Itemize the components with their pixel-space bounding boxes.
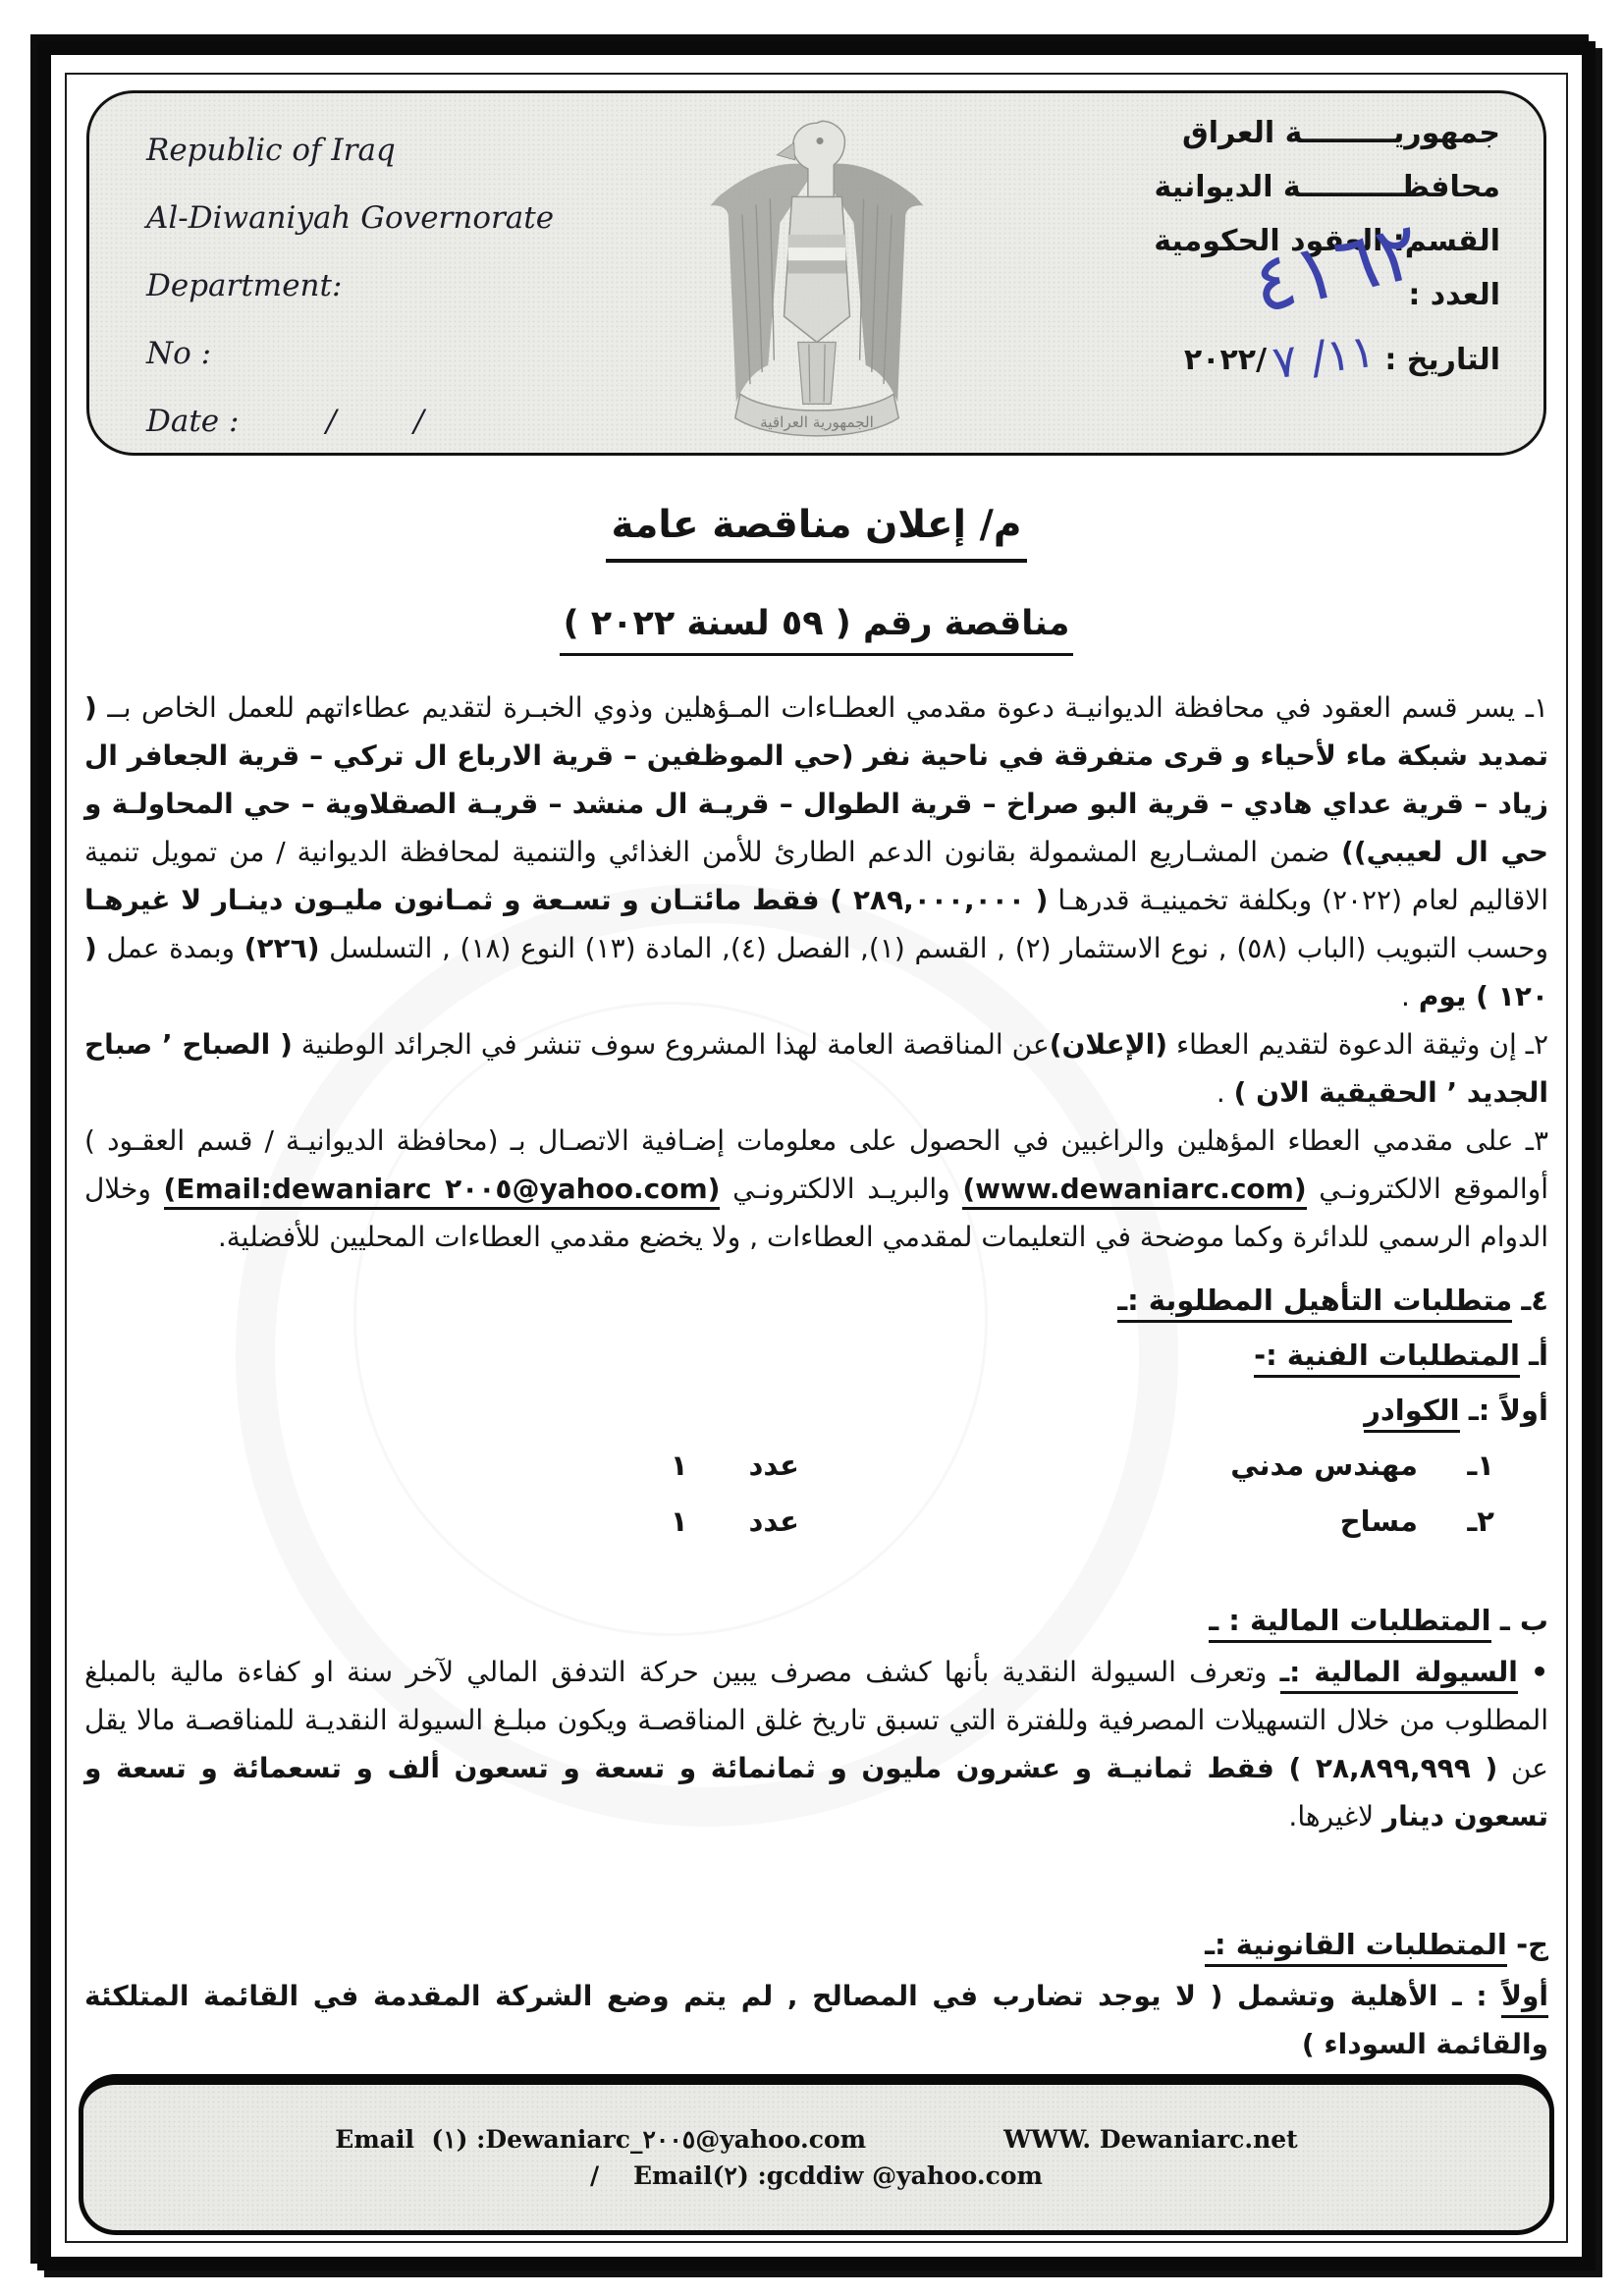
country-name-ar: جمهوريـــــــــة العراق — [1154, 115, 1500, 152]
department-label-en: Department: — [146, 268, 554, 303]
cadre-count-value: ١ — [671, 1494, 688, 1550]
cadre-row-civil-engineer: ١ـ مهندس مدني عدد ١ — [84, 1438, 1548, 1494]
english-letterhead: Republic of Iraq Al-Diwaniyah Governorat… — [146, 133, 554, 471]
country-name-en: Republic of Iraq — [146, 133, 554, 168]
cadre-index: ٢ـ — [1418, 1494, 1494, 1550]
cadre-index: ١ـ — [1418, 1438, 1494, 1494]
heading-number: ٤ـ — [1521, 1284, 1548, 1317]
cadre-count-label: عدد — [749, 1494, 799, 1550]
cadres-heading: أولاً :ـ الكوادر — [84, 1383, 1548, 1438]
liquidity-paragraph: • السيولة المالية :ـ وتعرف السيولة النقد… — [84, 1648, 1548, 1840]
p3-text: والبريـد الالكترونـي — [720, 1173, 962, 1205]
cadre-name: مهندس مدني — [996, 1438, 1418, 1494]
bullet-icon: • — [1531, 1656, 1548, 1688]
footer-contact-box: Email (١) :Dewaniarc_٢٠٠٥@yahoo.com WWW.… — [79, 2074, 1554, 2235]
footer-email-2: / Email(٢) :gcddiw @yahoo.com — [590, 2161, 1043, 2190]
p2-announcement: (الإعلان) — [1050, 1028, 1167, 1061]
p2-text: ٢ـ إن وثيقة الدعوة لتقديم العطاء — [1167, 1028, 1548, 1061]
cadre-row-surveyor: ٢ـ مساح عدد ١ — [84, 1494, 1548, 1550]
financial-requirements-heading: ب ـ المتطلبات المالية : ـ — [84, 1593, 1548, 1648]
qualification-requirements-heading: ٤ـ متطلبات التأهيل المطلوبة :ـ — [84, 1273, 1548, 1328]
liquidity-lead: السيولة المالية :ـ — [1280, 1656, 1518, 1694]
eligibility-text: : ـ الأهلية وتشمل ( لا يوجد تضارب في الم… — [84, 1980, 1548, 2060]
p1-text: وحسب التبويب (الباب (٥٨) , نوع الاستثمار… — [320, 932, 1548, 964]
scanned-document-page: Republic of Iraq Al-Diwaniyah Governorat… — [0, 0, 1623, 2296]
website-link: (www.dewaniarc.com) — [962, 1173, 1306, 1210]
number-label-en: No : — [146, 336, 554, 371]
technical-requirements-heading: أـ المتطلبات الفنية :- — [84, 1328, 1548, 1383]
footer-line-1: Email (١) :Dewaniarc_٢٠٠٥@yahoo.com WWW.… — [335, 2125, 1297, 2154]
date-year-printed: ٢٠٢٢/ — [1184, 342, 1267, 379]
cadre-count-value: ١ — [671, 1438, 688, 1494]
cadre-name: مساح — [996, 1494, 1418, 1550]
heading-title: المتطلبات الفنية :- — [1254, 1339, 1520, 1378]
document-subject-title: م/ إعلان مناقصة عامة — [606, 503, 1028, 563]
footer-email-1: Email (١) :Dewaniarc_٢٠٠٥@yahoo.com — [335, 2125, 866, 2154]
tender-number-subtitle: مناقصة رقم ( ٥٩ لسنة ٢٠٢٢ ) — [560, 604, 1074, 656]
paragraph-publication: ٢ـ إن وثيقة الدعوة لتقديم العطاء (الإعلا… — [84, 1020, 1548, 1117]
paragraph-contact: ٣ـ على مقدمي العطاء المؤهلين والراغبين ف… — [84, 1117, 1548, 1261]
footer-line-2: / Email(٢) :gcddiw @yahoo.com — [590, 2161, 1043, 2190]
legal-requirements-heading: ج- المتطلبات القانونية :ـ — [84, 1917, 1548, 1972]
date-label-en: Date : / / — [146, 404, 554, 439]
tender-body: ١ـ يسر قسم العقود في محافظة الديوانيـة د… — [79, 683, 1554, 2068]
p1-sequence-number: (٢٢٦) — [244, 932, 320, 964]
heading-number: أـ — [1529, 1339, 1548, 1372]
governorate-name-ar: محافظــــــــــة الديوانية — [1154, 169, 1500, 206]
p1-estimated-cost: ( ٢٨٩,٠٠٠,٠٠٠ ) فقط مائتـان و تسـعة و ثم… — [84, 884, 1048, 916]
subtitle-row: مناقصة رقم ( ٥٩ لسنة ٢٠٢٢ ) — [79, 604, 1554, 656]
document-content: Republic of Iraq Al-Diwaniyah Governorat… — [79, 84, 1554, 2235]
date-label-ar: التاريخ : — [1384, 342, 1500, 379]
title-row: م/ إعلان مناقصة عامة — [79, 503, 1554, 563]
handwritten-day-month: ١١/ ٧ — [1271, 328, 1378, 385]
p1-text: . — [1401, 980, 1419, 1012]
heading-number: ج- — [1516, 1928, 1548, 1961]
heading-title: متطلبات التأهيل المطلوبة :ـ — [1117, 1284, 1512, 1323]
heading-title: الكوادر — [1364, 1394, 1459, 1433]
p1-text: ١ـ يسر قسم العقود في محافظة الديوانيـة د… — [97, 691, 1548, 724]
eligibility-paragraph: أولاً : ـ الأهلية وتشمل ( لا يوجد تضارب … — [84, 1972, 1548, 2068]
p2-text: . — [1217, 1076, 1234, 1109]
paragraph-invitation: ١ـ يسر قسم العقود في محافظة الديوانيـة د… — [84, 683, 1548, 1020]
date-value: ٢٠٢٢/ ١١/ ٧ — [1184, 331, 1375, 379]
footer-website: WWW. Dewaniarc.net — [1003, 2125, 1298, 2154]
email-link: (Email:dewaniarc ٢٠٠٥@yahoo.com) — [164, 1173, 721, 1210]
liquidity-tail: لاغيرها. — [1288, 1800, 1382, 1832]
heading-title: المتطلبات المالية : ـ — [1209, 1604, 1490, 1643]
governorate-name-en: Al-Diwaniyah Governorate — [146, 200, 554, 236]
emblem-banner-text: الجمهورية العراقية — [760, 413, 874, 431]
date-row: التاريخ : ٢٠٢٢/ ١١/ ٧ — [1154, 331, 1500, 379]
p2-text: عن المناقصة العامة لهذا المشروع سوف تنشر… — [293, 1028, 1050, 1061]
cadre-count-label: عدد — [749, 1438, 799, 1494]
letterhead-band: Republic of Iraq Al-Diwaniyah Governorat… — [86, 90, 1546, 456]
iraq-coat-of-arms-emblem: الجمهورية العراقية — [670, 105, 964, 448]
heading-title: المتطلبات القانونية :ـ — [1205, 1928, 1507, 1967]
heading-number: ب ـ — [1500, 1604, 1548, 1637]
p1-text: وبمدة عمل — [97, 932, 244, 964]
heading-lead: أولاً :ـ — [1469, 1394, 1548, 1427]
eagle-of-saladin-icon: الجمهورية العراقية — [670, 105, 964, 444]
eligibility-lead: أولاً — [1501, 1980, 1548, 2018]
